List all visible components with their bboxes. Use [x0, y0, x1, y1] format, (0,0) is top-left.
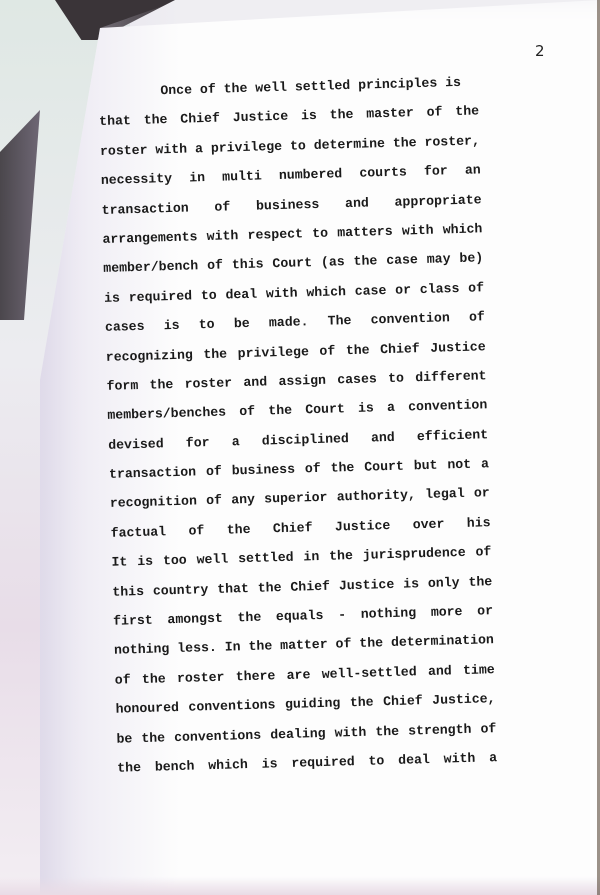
page-number: 2	[535, 42, 545, 60]
body-paragraph: Once of the well settled principles is t…	[98, 67, 498, 783]
bottom-edge-shading	[0, 877, 600, 895]
